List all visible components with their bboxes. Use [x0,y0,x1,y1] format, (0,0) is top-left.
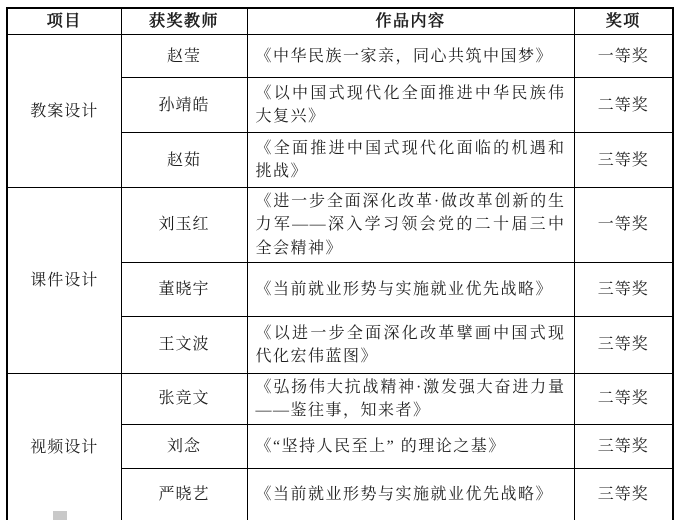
table-row: 视频设计 张竞文 《弘扬伟大抗战精神·激发强大奋进力量——鉴往事，知来者》 二等… [7,373,673,424]
work-cell: 《中华民族一家亲，同心共筑中国梦》 [247,35,574,78]
table-row: 课件设计 刘玉红 《进一步全面深化改革·做改革创新的生力军——深入学习领会党的二… [7,188,673,263]
work-cell: 《“坚持人民至上” 的理论之基》 [247,425,574,469]
teacher-cell: 赵莹 [121,35,247,78]
gray-artifact-square [53,511,67,520]
header-teacher: 获奖教师 [121,8,247,35]
document-page: 项目 获奖教师 作品内容 奖项 教案设计 赵莹 《中华民族一家亲，同心共筑中国梦… [0,0,676,520]
teacher-cell: 严晓艺 [121,469,247,520]
header-work: 作品内容 [247,8,574,35]
group-project-cell: 教案设计 [7,35,121,188]
teacher-cell: 董晓宇 [121,262,247,316]
award-cell: 一等奖 [574,188,673,263]
award-cell: 二等奖 [574,78,673,133]
award-cell: 三等奖 [574,469,673,520]
teacher-cell: 刘玉红 [121,188,247,263]
award-cell: 三等奖 [574,133,673,188]
award-cell: 三等奖 [574,262,673,316]
work-cell: 《全面推进中国式现代化面临的机遇和挑战》 [247,133,574,188]
award-cell: 三等奖 [574,316,673,373]
award-cell: 三等奖 [574,425,673,469]
table-row: 教案设计 赵莹 《中华民族一家亲，同心共筑中国梦》 一等奖 [7,35,673,78]
work-cell: 《以中国式现代化全面推进中华民族伟大复兴》 [247,78,574,133]
work-cell: 《当前就业形势与实施就业优先战略》 [247,469,574,520]
group-project-cell: 课件设计 [7,188,121,374]
award-cell: 二等奖 [574,373,673,424]
teacher-cell: 孙靖皓 [121,78,247,133]
teacher-cell: 王文波 [121,316,247,373]
teacher-cell: 张竞文 [121,373,247,424]
group-project-cell: 视频设计 [7,373,121,520]
header-project: 项目 [7,8,121,35]
header-award: 奖项 [574,8,673,35]
table-header-row: 项目 获奖教师 作品内容 奖项 [7,8,673,35]
work-cell: 《弘扬伟大抗战精神·激发强大奋进力量——鉴往事，知来者》 [247,373,574,424]
award-results-table: 项目 获奖教师 作品内容 奖项 教案设计 赵莹 《中华民族一家亲，同心共筑中国梦… [6,7,674,520]
award-cell: 一等奖 [574,35,673,78]
teacher-cell: 赵茹 [121,133,247,188]
work-cell: 《进一步全面深化改革·做改革创新的生力军——深入学习领会党的二十届三中全会精神》 [247,188,574,263]
teacher-cell: 刘念 [121,425,247,469]
work-cell: 《以进一步全面深化改革擘画中国式现代化宏伟蓝图》 [247,316,574,373]
work-cell: 《当前就业形势与实施就业优先战略》 [247,262,574,316]
